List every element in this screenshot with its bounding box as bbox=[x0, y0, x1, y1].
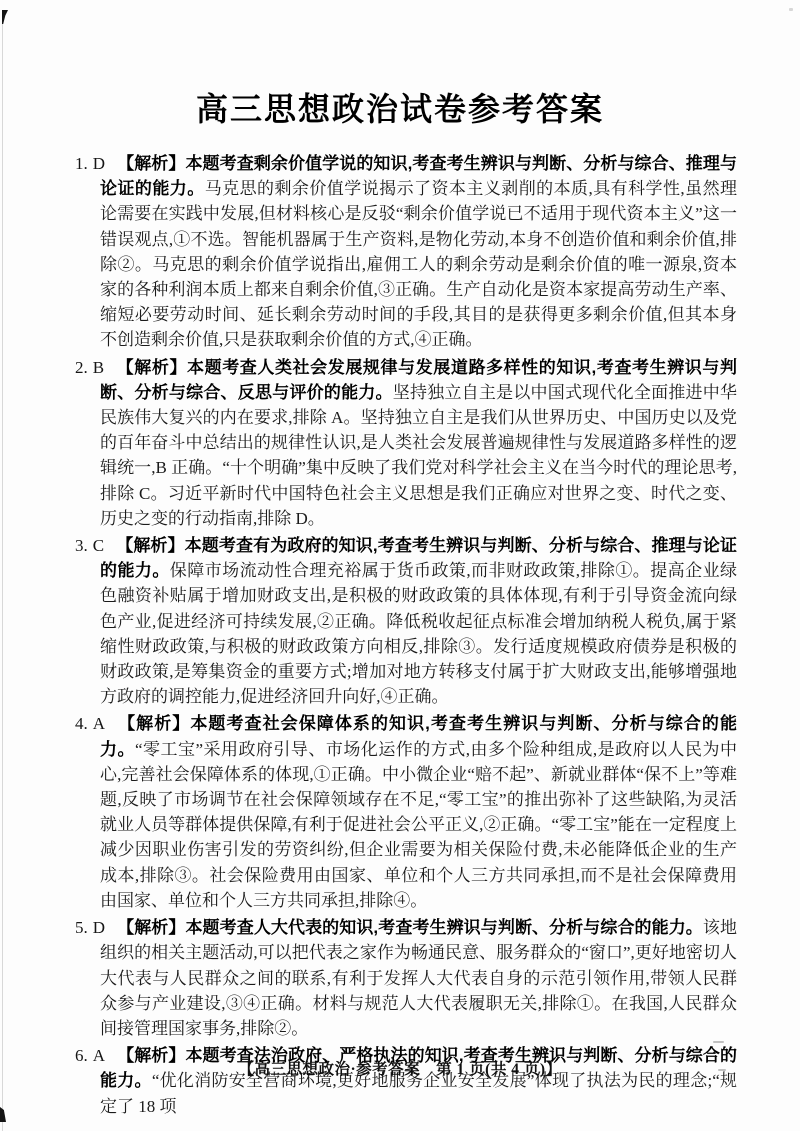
answer-choice-letter: C bbox=[93, 536, 104, 555]
answer-choice-letter: D bbox=[93, 154, 105, 173]
answer-analysis-intro: 【解析】本题考查人大代表的知识,考查考生辨识与判断、分析与综合的能力。 bbox=[117, 918, 703, 937]
answer-number: 1. bbox=[75, 154, 88, 173]
answer-choice-letter: B bbox=[93, 358, 104, 377]
scan-mark-top-left bbox=[2, 10, 8, 24]
answer-item: 2.B【解析】本题考查人类社会发展规律与发展道路多样性的知识,考查考生辨识与判断… bbox=[75, 355, 737, 531]
scanned-page: 高三思想政治试卷参考答案 1.D【解析】本题考查剩余价值学说的知识,考查考生辨识… bbox=[0, 0, 800, 1131]
answer-number: 5. bbox=[75, 918, 88, 937]
answers-list: 1.D【解析】本题考查剩余价值学说的知识,考查考生辨识与判断、分析与综合、推理与… bbox=[75, 151, 737, 1121]
scan-noise-speck bbox=[789, 8, 793, 11]
answer-number: 2. bbox=[75, 358, 88, 377]
answer-analysis-body: “零工宝”采用政府引导、市场化运作的方式,由多个险种组成,是政府以人民为中心,完… bbox=[100, 740, 737, 910]
scan-edge-line bbox=[2, 24, 3, 1131]
answer-choice-letter: A bbox=[93, 714, 105, 733]
answer-analysis-body: 保障市场流动性合理充裕属于货币政策,而非财政政策,排除①。提高企业绿色融资补贴属… bbox=[100, 561, 737, 706]
answer-analysis-body: 坚持独立自主是以中国式现代化全面推进中华民族伟大复兴的内在要求,排除 A。坚持独… bbox=[100, 383, 737, 528]
answer-choice-letter: D bbox=[93, 918, 105, 937]
page-title: 高三思想政治试卷参考答案 bbox=[0, 84, 800, 130]
answer-item: 5.D【解析】本题考查人大代表的知识,考查考生辨识与判断、分析与综合的能力。该地… bbox=[75, 915, 737, 1041]
answer-item: 1.D【解析】本题考查剩余价值学说的知识,考查考生辨识与判断、分析与综合、推理与… bbox=[75, 151, 737, 353]
answer-analysis-body: 马克思的剩余价值学说揭示了资本主义剥削的本质,具有科学性,虽然理论需要在实践中发… bbox=[100, 179, 737, 349]
scan-mark-bottom-left bbox=[0, 1107, 6, 1122]
answer-item: 3.C【解析】本题考查有为政府的知识,考查考生辨识与判断、分析与综合、推理与论证… bbox=[75, 533, 737, 709]
answer-item: 6.A【解析】本题考查法治政府、严格执法的知识,考查考生辨识与判断、分析与综合的… bbox=[75, 1043, 737, 1119]
answer-number: 4. bbox=[75, 714, 88, 733]
answer-number: 3. bbox=[75, 536, 88, 555]
page-footer: 【高三思想政治·参考答案 第 1 页(共 4 页)】 bbox=[0, 1057, 800, 1079]
answer-item: 4.A【解析】本题考查社会保障体系的知识,考查考生辨识与判断、分析与综合的能力。… bbox=[75, 711, 737, 913]
